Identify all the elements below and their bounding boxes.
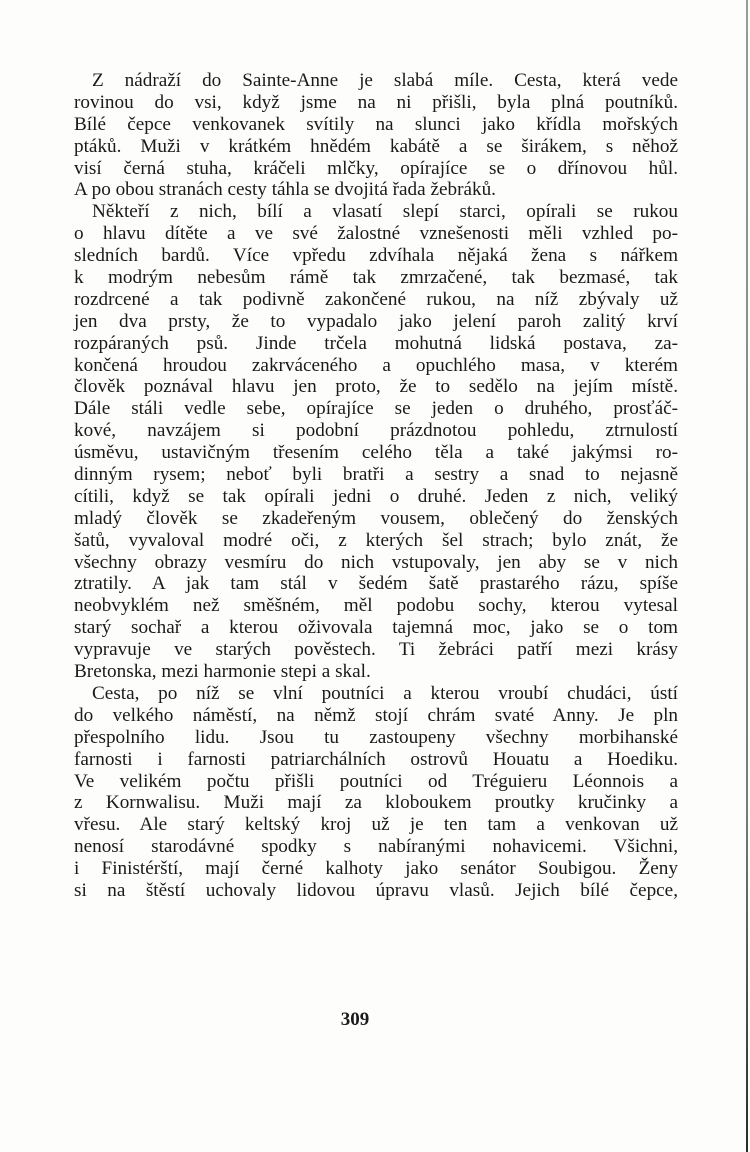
text-line: dinným rysem; neboť byli bratři a sestry…	[74, 464, 678, 486]
text-line: cítili, když se tak opírali jedni o druh…	[74, 486, 678, 508]
text-line: rozdrcené a tak podivně zakončené rukou,…	[74, 289, 678, 311]
text-line: ptáků. Muži v krátkém hnědém kabátě a se…	[74, 136, 678, 158]
text-line: všechny obrazy vesmíru do nich vstupoval…	[74, 552, 678, 574]
text-line: do velkého náměstí, na němž stojí chrám …	[74, 705, 678, 727]
text-line: vřesu. Ale starý keltský kroj už je ten …	[74, 814, 678, 836]
text-line: Z nádraží do Sainte-Anne je slabá míle. …	[74, 70, 678, 92]
paragraph-1: Z nádraží do Sainte-Anne je slabá míle. …	[74, 70, 678, 201]
text-line: nenosí starodávné spodky s nabíranými no…	[74, 836, 678, 858]
text-line: i Finistérští, mají černé kalhoty jako s…	[74, 858, 678, 880]
page-edge-line	[746, 0, 748, 1152]
text-line: rovinou do vsi, když jsme na ni přišli, …	[74, 92, 678, 114]
text-line: Bretonska, mezi harmonie stepi a skal.	[74, 661, 678, 683]
text-line: vypravuje ve starých pověstech. Ti žebrá…	[74, 639, 678, 661]
text-line: o hlavu dítěte a ve své žalostné vznešen…	[74, 223, 678, 245]
text-line: rozpáraných psů. Jinde trčela mohutná li…	[74, 333, 678, 355]
text-line: kové, navzájem si podobní prázdnotou poh…	[74, 420, 678, 442]
text-line: úsměvu, ustavičným třesením celého těla …	[74, 442, 678, 464]
text-line: končená hroudou zakrváceného a opuchlého…	[74, 355, 678, 377]
paragraph-3: Cesta, po níž se vlní poutníci a kterou …	[74, 683, 678, 902]
text-line: ztratily. A jak tam stál v šedém šatě pr…	[74, 573, 678, 595]
body-text: Z nádraží do Sainte-Anne je slabá míle. …	[74, 70, 678, 902]
text-line: neobvyklém než směšném, měl podobu sochy…	[74, 595, 678, 617]
text-line: Cesta, po níž se vlní poutníci a kterou …	[74, 683, 678, 705]
text-line: visí černá stuha, kráčeli mlčky, opírají…	[74, 158, 678, 180]
page-number: 309	[0, 1009, 710, 1031]
text-line: přespolního lidu. Jsou tu zastoupeny vše…	[74, 727, 678, 749]
text-line: Dále stáli vedle sebe, opírajíce se jede…	[74, 398, 678, 420]
text-line: sledních bardů. Více vpředu zdvíhala něj…	[74, 245, 678, 267]
text-line: jen dva prsty, že to vypadalo jako jelen…	[74, 311, 678, 333]
text-line: Bílé čepce venkovanek svítily na slunci …	[74, 114, 678, 136]
text-line: Někteří z nich, bílí a vlasatí slepí sta…	[74, 201, 678, 223]
paragraph-2: Někteří z nich, bílí a vlasatí slepí sta…	[74, 201, 678, 683]
book-page: Z nádraží do Sainte-Anne je slabá míle. …	[0, 0, 750, 1152]
text-line: A po obou stranách cesty táhla se dvojit…	[74, 179, 678, 201]
text-line: farnosti i farnosti patriarchálních ostr…	[74, 749, 678, 771]
text-line: z Kornwalisu. Muži mají za kloboukem pro…	[74, 792, 678, 814]
text-line: mladý člověk se zkadeřeným vousem, obleč…	[74, 508, 678, 530]
text-line: šatů, vyvaloval modré oči, z kterých šel…	[74, 530, 678, 552]
text-line: starý sochař a kterou oživovala tajemná …	[74, 617, 678, 639]
text-line: člověk poznával hlavu jen proto, že to s…	[74, 376, 678, 398]
text-line: Ve velikém počtu přišli poutníci od Trég…	[74, 771, 678, 793]
text-line: k modrým nebesům rámě tak zmrzačené, tak…	[74, 267, 678, 289]
text-line: si na štěstí uchovaly lidovou úpravu vla…	[74, 880, 678, 902]
